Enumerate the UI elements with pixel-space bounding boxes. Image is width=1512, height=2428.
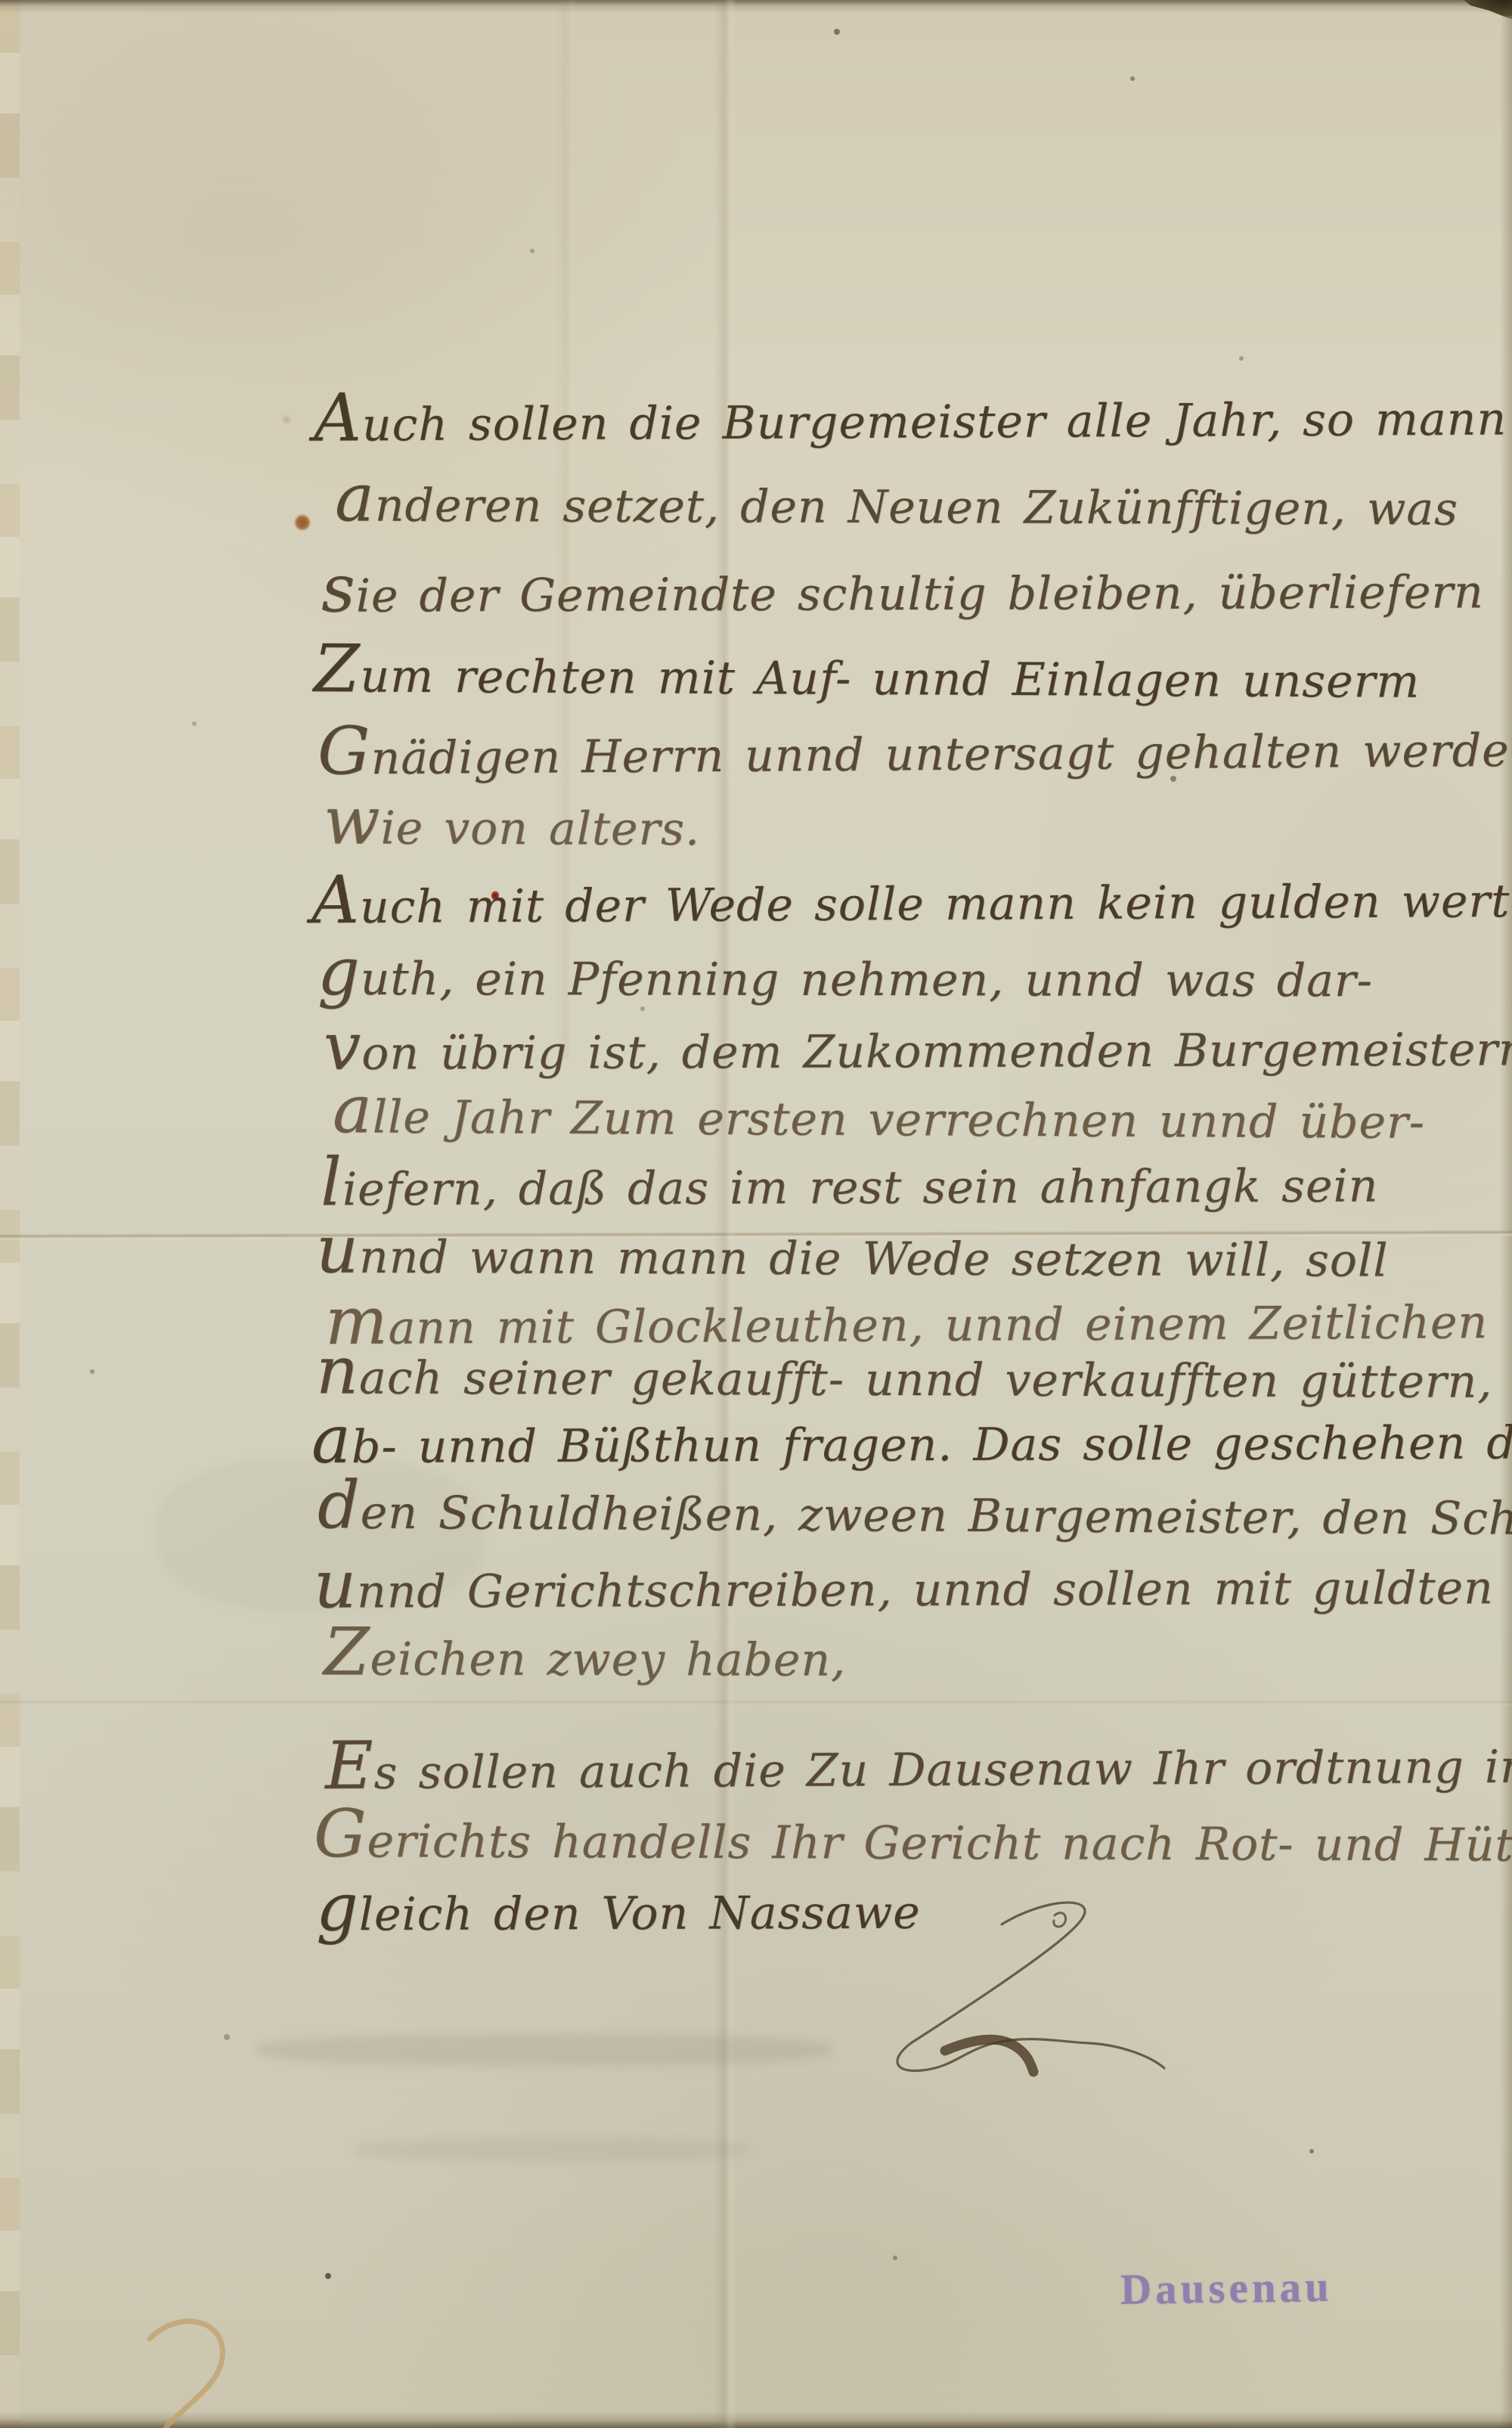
signature-paraph [832,1853,1225,2140]
right-edge-shadow [1500,0,1512,2428]
ink-specks [0,0,3,3]
manuscript-line: von übrig ist, dem Zukommenden Burgemeis… [324,1009,1512,1080]
top-edge-shadow [0,0,1512,14]
manuscript-line: gleich den Von Nassawe [316,1873,921,1941]
manuscript-line: nach seiner gekaufft- unnd verkaufften g… [316,1338,1493,1407]
rust-stain-faint [281,414,292,425]
manuscript-line: ab- unnd Büßthun fragen. Das solle gesch… [311,1403,1512,1473]
verso-show-through [355,2138,748,2161]
manuscript-line: den Schuldheißen, zween Burgemeister, de… [318,1472,1512,1545]
manuscript-line: Gnädigen Herrn unnd untersagt gehalten w… [318,710,1512,784]
paper-curl-mark [135,2312,248,2428]
manuscript-line: Es sollen auch die Zu Dausenaw Ihr ordtn… [325,1727,1512,1799]
manuscript-line: sie der Gemeindte schultig bleiben, über… [321,552,1484,622]
manuscript-line: Zeichen zwey haben, [324,1619,846,1685]
verso-show-through [257,2034,832,2066]
horizontal-fold-crease-faint [0,1700,1512,1707]
torn-left-edge [0,0,20,2428]
manuscript-line: anderen setzet, den Neuen Zukünfftigen, … [335,465,1458,535]
manuscript-line: unnd Gerichtschreiben, unnd sollen mit g… [314,1548,1494,1617]
manuscript-line: Auch sollen die Burgemeister alle Jahr, … [314,378,1512,451]
manuscript-line: guth, ein Pfenning nehmen, unnd was dar- [318,939,1373,1006]
manuscript-page: Auch sollen die Burgemeister alle Jahr, … [0,0,1512,2428]
manuscript-line: Auch mit der Wede solle mann kein gulden… [311,861,1512,934]
manuscript-line: unnd wann mann die Wede setzen will, sol… [316,1217,1389,1287]
manuscript-line: alle Jahr Zum ersten verrechnen unnd übe… [333,1077,1425,1149]
archive-stamp: Dausenau [1120,2262,1334,2315]
manuscript-line: Zum rechten mit Auf- unnd Einlagen unser… [314,636,1421,708]
manuscript-line: liefern, daß das im rest sein ahnfangk s… [321,1146,1379,1216]
manuscript-line: wie von alters. [324,788,700,855]
rust-stain [295,514,310,531]
